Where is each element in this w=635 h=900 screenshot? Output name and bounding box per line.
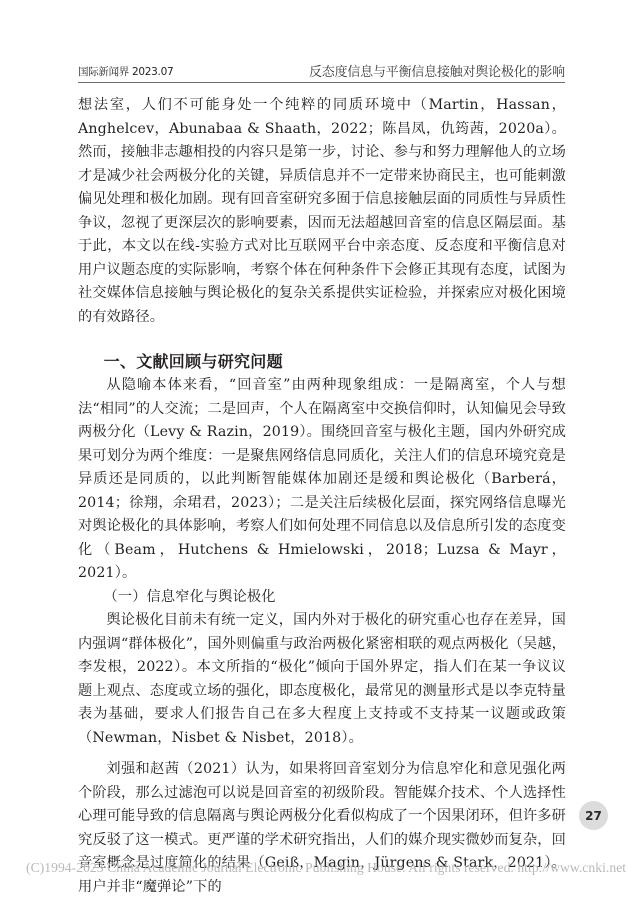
running-header: 国际新闻界 2023.07 反态度信息与平衡信息接触对舆论极化的影响 <box>78 60 565 83</box>
paragraph-3: 舆论极化目前未有统一定义，国内外对于极化的研究重心也存在差异，国内强调“群体极化… <box>78 609 566 750</box>
article-running-title: 反态度信息与平衡信息接触对舆论极化的影响 <box>309 61 565 80</box>
paragraph-4: 刘强和赵茜（2021）认为，如果将回音室划分为信息窄化和意见强化两个阶段，那么过… <box>78 758 566 899</box>
sub-heading: （一）信息窄化与舆论极化 <box>78 586 566 610</box>
page-number: 27 <box>585 809 602 823</box>
copyright-footer: (C)1994-2023 China Academic Journal Elec… <box>26 860 626 876</box>
journal-issue: 国际新闻界 2023.07 <box>78 64 173 79</box>
article-body: 想法室，人们不可能身处一个纯粹的同质环境中（Martin，Hassan，Angh… <box>78 94 566 899</box>
section-heading: 一、文献回顾与研究问题 <box>78 350 566 374</box>
paragraph-2: 从隐喻本体来看，“回音室”由两种现象组成：一是隔离室，个人与想法“相同”的人交流… <box>78 374 566 586</box>
paragraph-1: 想法室，人们不可能身处一个纯粹的同质环境中（Martin，Hassan，Angh… <box>78 94 566 329</box>
page-number-badge: 27 <box>579 801 608 830</box>
